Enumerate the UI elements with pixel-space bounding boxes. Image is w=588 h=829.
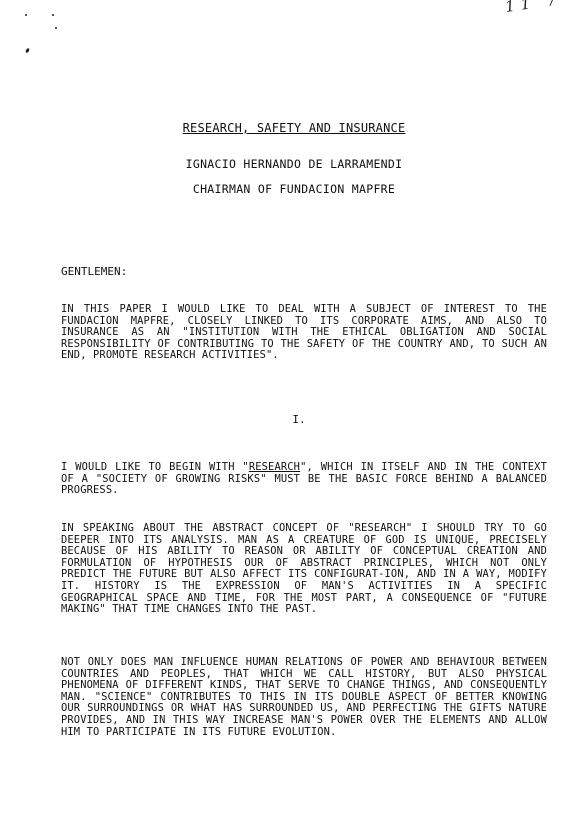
paragraph-intro: IN THIS PAPER I WOULD LIKE TO DEAL WITH …	[61, 304, 547, 362]
paragraph-research: I WOULD LIKE TO BEGIN WITH "RESEARCH", W…	[61, 462, 547, 497]
scan-speck	[52, 14, 54, 16]
section-number: I.	[0, 413, 588, 426]
paragraph-science: NOT ONLY DOES MAN INFLUENCE HUMAN RELATI…	[61, 657, 547, 738]
salutation: GENTLEMEN:	[61, 265, 127, 278]
document-page: 11 7 RESEARCH, SAFETY AND INSURANCE IGNA…	[0, 0, 588, 829]
author-role: CHAIRMAN OF FUNDACION MAPFRE	[0, 182, 588, 196]
author-name: IGNACIO HERNANDO DE LARRAMENDI	[0, 157, 588, 171]
paragraph-abstract-concept: IN SPEAKING ABOUT THE ABSTRACT CONCEPT O…	[61, 523, 547, 616]
scan-speck	[25, 14, 27, 16]
emphasis-research: RESEARCH	[249, 461, 300, 473]
scan-speck	[55, 27, 57, 29]
document-title: RESEARCH, SAFETY AND INSURANCE	[0, 121, 588, 135]
paragraph-text: I WOULD LIKE TO BEGIN WITH "	[61, 461, 249, 473]
handwritten-page-mark: 11 7	[504, 0, 563, 16]
scan-speck	[25, 48, 30, 54]
